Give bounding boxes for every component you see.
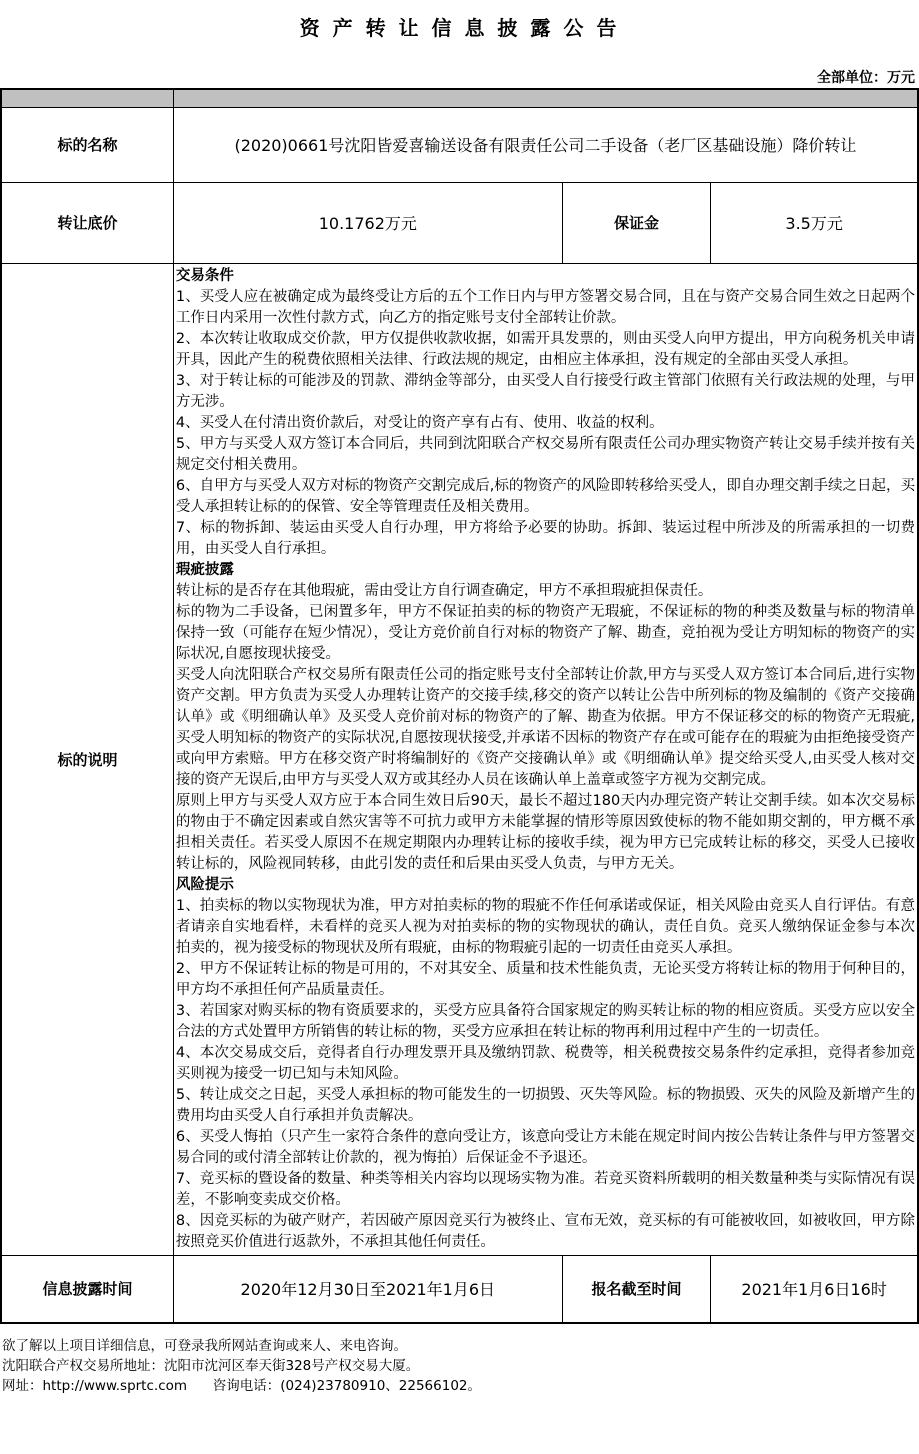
disclosure-time-label: 信息披露时间 bbox=[1, 1255, 173, 1323]
section-paragraph: 4、买受人在付清出资价款后，对受让的资产享有占有、使用、收益的权利。 bbox=[176, 413, 915, 434]
announcement-table: 标的名称 (2020)0661号沈阳皆爱喜输送设备有限责任公司二手设备（老厂区基… bbox=[0, 88, 919, 1324]
floor-price-value: 10.1762万元 bbox=[173, 182, 562, 263]
price-row: 转让底价 10.1762万元 保证金 3.5万元 bbox=[1, 182, 918, 263]
subject-name-label: 标的名称 bbox=[1, 107, 173, 182]
footer-line: 沈阳联合产权交易所地址：沈阳市沈河区奉天街328号产权交易大厦。 bbox=[2, 1356, 919, 1376]
description-row: 标的说明 交易条件1、买受人应在被确定成为最终受让方后的五个工作日内与甲方签署交… bbox=[1, 263, 918, 1255]
section-paragraph: 6、买受人悔拍（只产生一家符合条件的意向受让方，该意向受让方未能在规定时间内按公… bbox=[176, 1127, 915, 1169]
subject-name-row: 标的名称 (2020)0661号沈阳皆爱喜输送设备有限责任公司二手设备（老厂区基… bbox=[1, 107, 918, 182]
section-paragraph: 7、竞买标的暨设备的数量、种类等相关内容均以现场实物为准。若竞买资料所载明的相关… bbox=[176, 1169, 915, 1211]
footer-line: 欲了解以上项目详细信息，可登录我所网站查询或来人、来电咨询。 bbox=[2, 1336, 919, 1356]
gray-header-cell-right bbox=[173, 89, 918, 107]
announcement-page: 资 产 转 让 信 息 披 露 公 告 全部单位：万元 标的名称 (2020)0… bbox=[0, 0, 919, 1406]
disclosure-time-value: 2020年12月30日至2021年1月6日 bbox=[173, 1255, 562, 1323]
floor-price-label: 转让底价 bbox=[1, 182, 173, 263]
section-heading: 瑕疵披露 bbox=[176, 560, 915, 581]
disclosure-time-row: 信息披露时间 2020年12月30日至2021年1月6日 报名截至时间 2021… bbox=[1, 1255, 918, 1323]
unit-note: 全部单位：万元 bbox=[0, 67, 919, 87]
section-paragraph: 3、若国家对购买标的物有资质要求的，买受方应具备符合国家规定的购买转让标的物的相… bbox=[176, 1001, 915, 1043]
section-paragraph: 7、标的物拆卸、装运由买受人自行办理，甲方将给予必要的协助。拆卸、装运过程中所涉… bbox=[176, 518, 915, 560]
section-paragraph: 8、因竞买标的为破产财产，若因破产原因竞买行为被终止、宣布无效，竞买标的有可能被… bbox=[176, 1211, 915, 1253]
gray-header-cell-left bbox=[1, 89, 173, 107]
section-paragraph: 1、拍卖标的物以实物现状为准，甲方对拍卖标的物的瑕疵不作任何承诺或保证，相关风险… bbox=[176, 896, 915, 959]
section-heading: 交易条件 bbox=[176, 266, 915, 287]
section-paragraph: 4、本次交易成交后，竞得者自行办理发票开具及缴纳罚款、税费等，相关税费按交易条件… bbox=[176, 1043, 915, 1085]
section-paragraph: 1、买受人应在被确定成为最终受让方后的五个工作日内与甲方签署交易合同，且在与资产… bbox=[176, 287, 915, 329]
description-content: 交易条件1、买受人应在被确定成为最终受让方后的五个工作日内与甲方签署交易合同，且… bbox=[173, 263, 918, 1255]
subject-name-value: (2020)0661号沈阳皆爱喜输送设备有限责任公司二手设备（老厂区基础设施）降… bbox=[173, 107, 918, 182]
registration-deadline-label: 报名截至时间 bbox=[562, 1255, 711, 1323]
section-paragraph: 2、甲方不保证转让标的物是可用的，不对其安全、质量和技术性能负责，无论买受方将转… bbox=[176, 959, 915, 1001]
section-paragraph: 标的物为二手设备，已闲置多年，甲方不保证拍卖的标的物资产无瑕疵，不保证标的物的种… bbox=[176, 602, 915, 665]
section-paragraph: 原则上甲方与买受人双方应于本合同生效日后90天，最长不超过180天内办理完资产转… bbox=[176, 791, 915, 875]
section-paragraph: 3、对于转让标的可能涉及的罚款、滞纳金等部分，由买受人自行接受行政主管部门依照有… bbox=[176, 371, 915, 413]
section-paragraph: 5、转让成交之日起，买受人承担标的物可能发生的一切损毁、灭失等风险。标的物损毁、… bbox=[176, 1085, 915, 1127]
footer: 欲了解以上项目详细信息，可登录我所网站查询或来人、来电咨询。沈阳联合产权交易所地… bbox=[0, 1336, 919, 1406]
footer-line: 网址：http://www.sprtc.com 咨询电话：(024)237809… bbox=[2, 1376, 919, 1396]
section-paragraph: 买受人向沈阳联合产权交易所有限责任公司的指定账号支付全部转让价款,甲方与买受人双… bbox=[176, 665, 915, 791]
description-label: 标的说明 bbox=[1, 263, 173, 1255]
deposit-value: 3.5万元 bbox=[711, 182, 918, 263]
section-heading: 风险提示 bbox=[176, 875, 915, 896]
deposit-label: 保证金 bbox=[562, 182, 711, 263]
section-paragraph: 转让标的是否存在其他瑕疵，需由受让方自行调查确定，甲方不承担瑕疵担保责任。 bbox=[176, 581, 915, 602]
section-paragraph: 2、本次转让收取成交价款，甲方仅提供收款收据，如需开具发票的，则由买受人向甲方提… bbox=[176, 329, 915, 371]
registration-deadline-value: 2021年1月6日16时 bbox=[711, 1255, 918, 1323]
section-paragraph: 5、甲方与买受人双方签订本合同后，共同到沈阳联合产权交易所有限责任公司办理实物资… bbox=[176, 434, 915, 476]
gray-header-row bbox=[1, 89, 918, 107]
section-paragraph: 6、自甲方与买受人双方对标的物资产交割完成后,标的物资产的风险即转移给买受人，即… bbox=[176, 476, 915, 518]
page-title: 资 产 转 让 信 息 披 露 公 告 bbox=[0, 0, 919, 41]
